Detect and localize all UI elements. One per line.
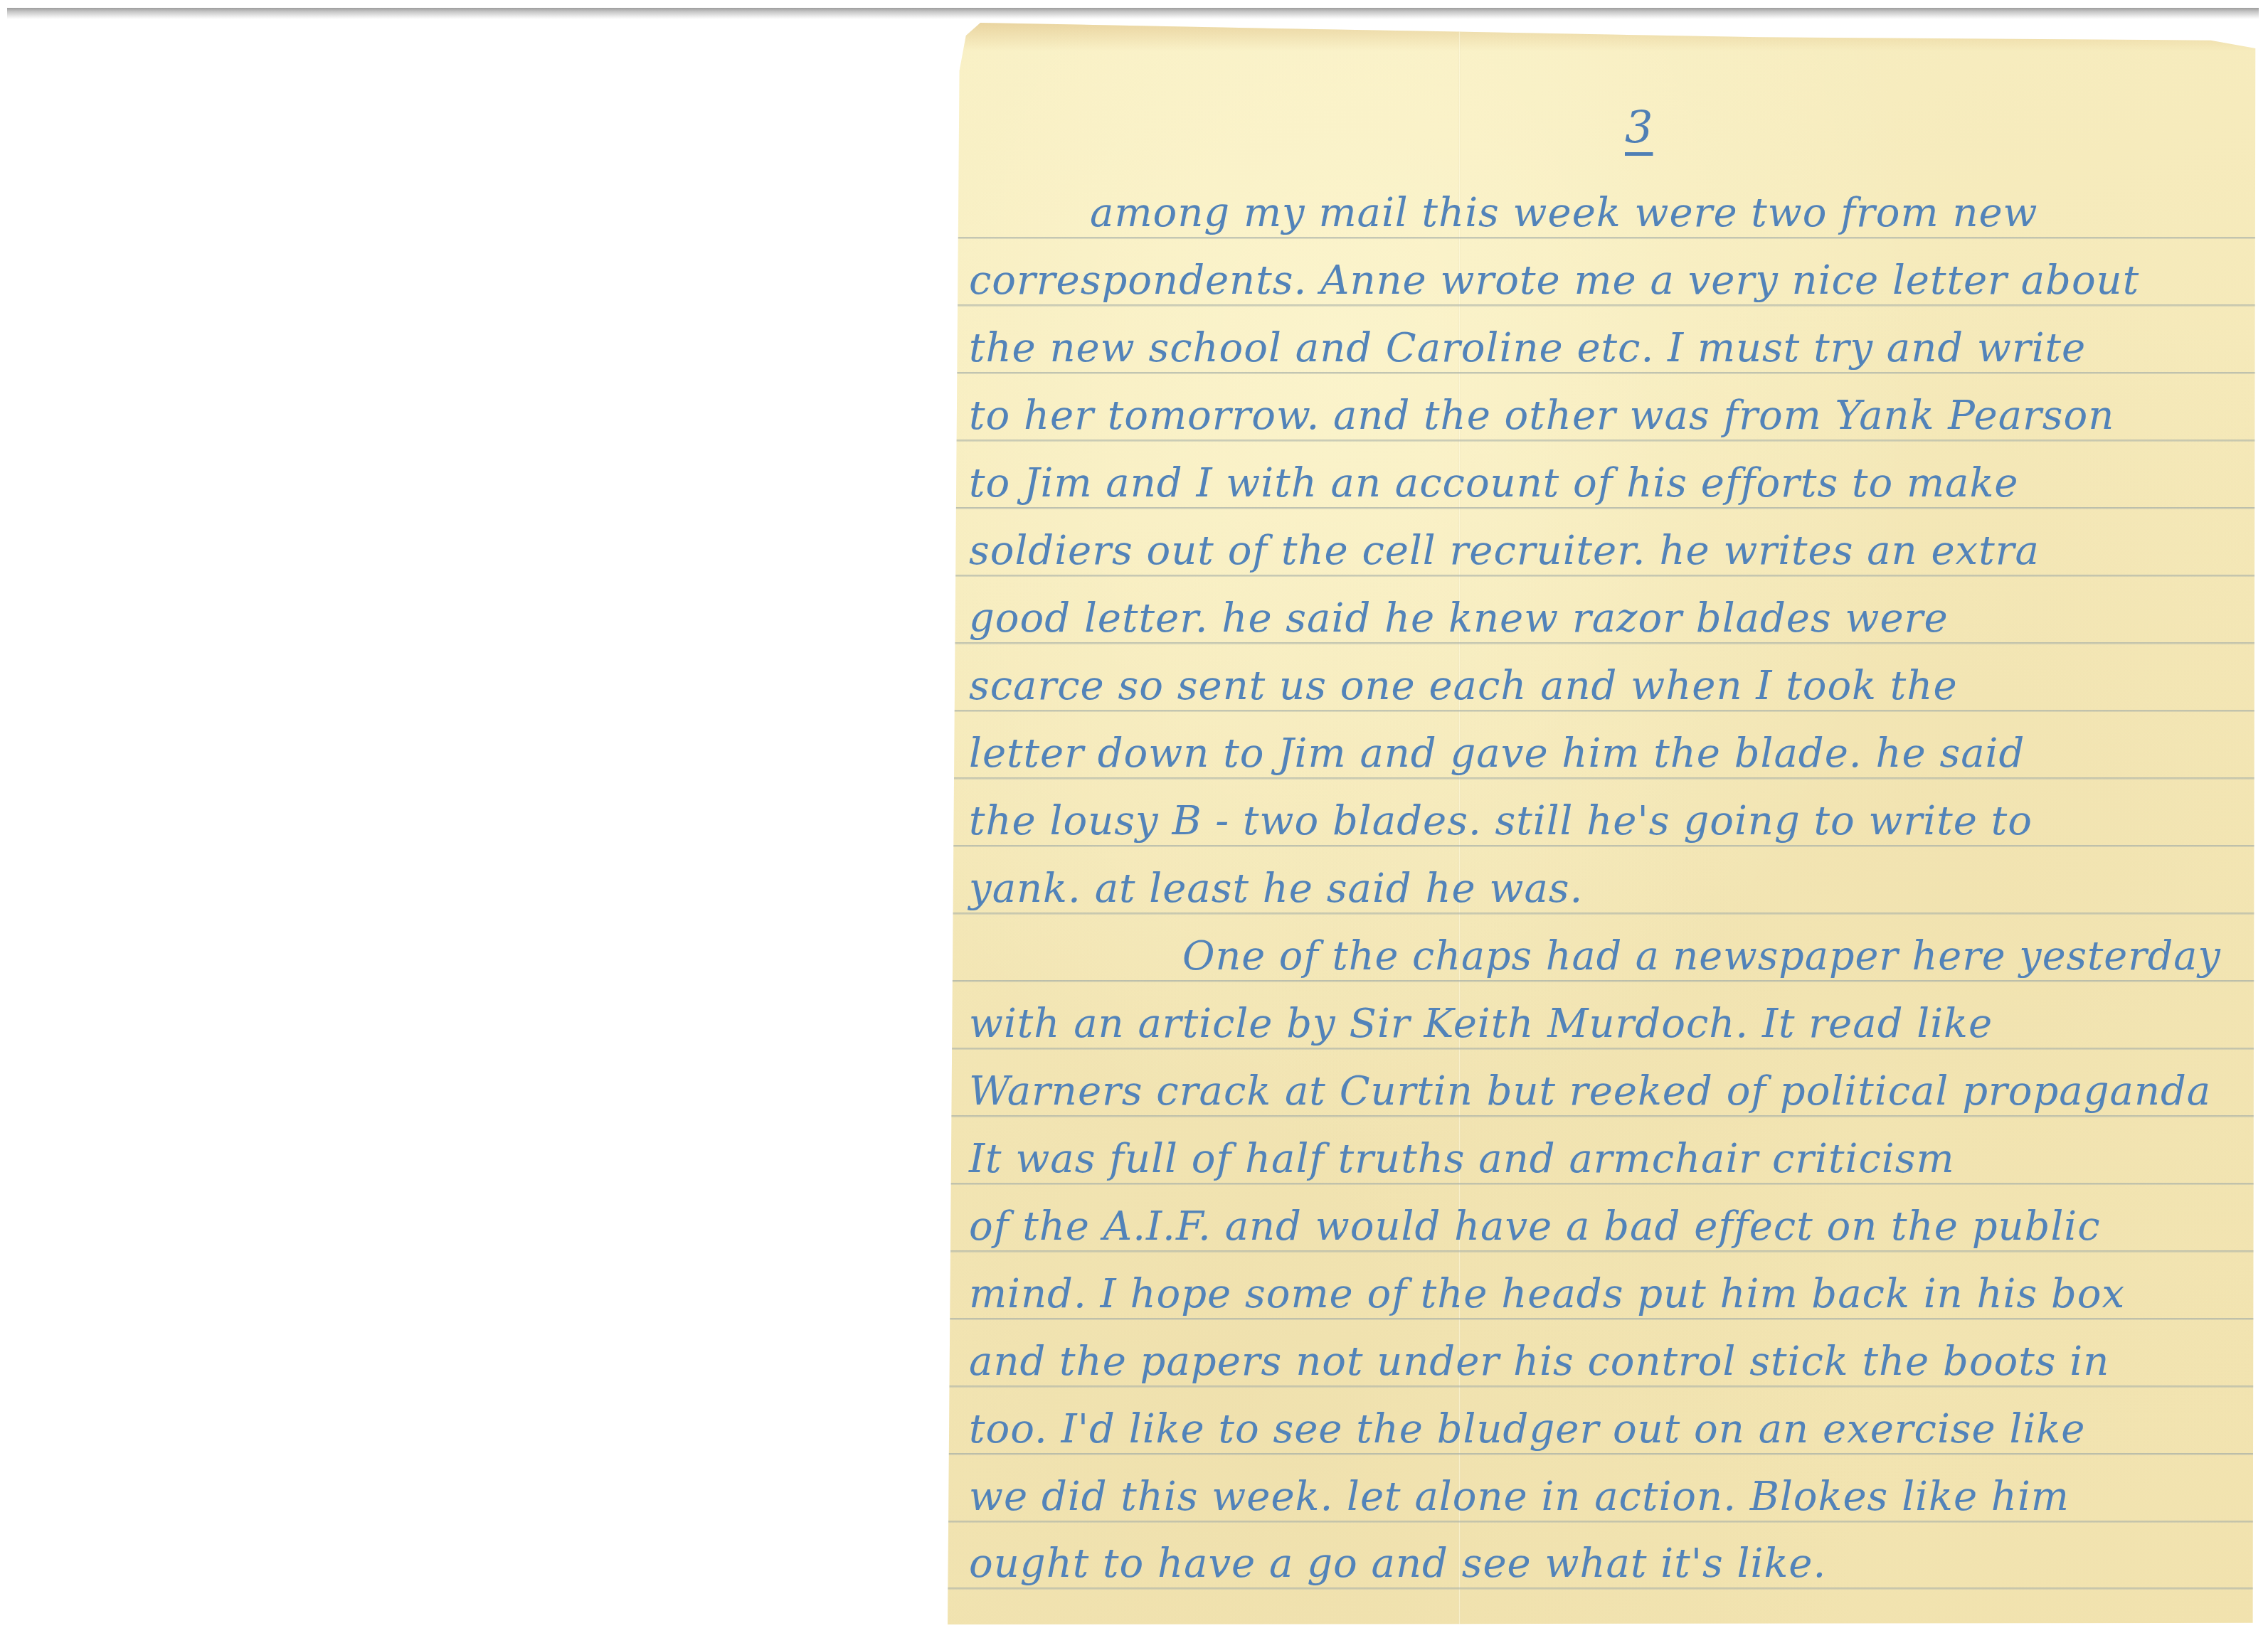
letter-line: letter down to Jim and gave him the blad… [969,734,2025,774]
ruled-line [948,507,2258,509]
ruled-line [948,575,2258,577]
letter-line: to her tomorrow. and the other was from … [969,396,2114,436]
letter-line: It was full of half truths and armchair … [969,1139,1955,1179]
letter-line: the lousy B - two blades. still he's goi… [969,802,2033,841]
letter-line: good letter. he said he knew razor blade… [969,599,1949,639]
page-number: 3 [1625,101,1653,153]
ruled-line [948,710,2258,712]
ruled-line [948,372,2258,374]
ruled-line [948,237,2258,239]
paper-stain-edge [948,23,2258,51]
letter-line: correspondents. Anne wrote me a very nic… [969,261,2139,301]
ruled-line [948,642,2258,644]
scanner-edge-shadow [7,8,2259,19]
letter-line: and the papers not under his control sti… [969,1342,2109,1382]
ruled-line [948,1521,2258,1523]
letter-line: ought to have a go and see what it's lik… [969,1544,1826,1584]
letter-line: One of the chaps had a newspaper here ye… [1182,937,2221,977]
ruled-line [948,1318,2258,1320]
letter-line: yank. at least he said he was. [969,869,1583,909]
ruled-line [948,1115,2258,1117]
ruled-line [948,1250,2258,1253]
letter-line: of the A.I.F. and would have a bad effec… [969,1207,2101,1247]
ruled-line [948,1048,2258,1050]
letter-line: mind. I hope some of the heads put him b… [969,1275,2125,1314]
letter-page: 3 among my mail this week were two from … [948,23,2258,1624]
ruled-line [948,777,2258,780]
ruled-line [948,1183,2258,1185]
ruled-line [948,1588,2258,1590]
letter-line: with an article by Sir Keith Murdoch. It… [969,1004,1993,1044]
ruled-line [948,440,2258,442]
ruled-line [948,1453,2258,1455]
ruled-line [948,980,2258,982]
letter-line: too. I'd like to see the bludger out on … [969,1410,2085,1450]
letter-line: soldiers out of the cell recruiter. he w… [969,531,2040,571]
letter-line: scarce so sent us one each and when I to… [969,666,1958,706]
letter-line: the new school and Caroline etc. I must … [969,329,2086,368]
ruled-line [948,1386,2258,1388]
ruled-line [948,913,2258,915]
letter-line: Warners crack at Curtin but reeked of po… [969,1072,2211,1112]
letter-line: to Jim and I with an account of his effo… [969,464,2019,504]
ruled-line [948,845,2258,847]
letter-line: we did this week. let alone in action. B… [969,1477,2070,1517]
letter-line: among my mail this week were two from ne… [1090,193,2038,233]
ruled-line [948,304,2258,307]
